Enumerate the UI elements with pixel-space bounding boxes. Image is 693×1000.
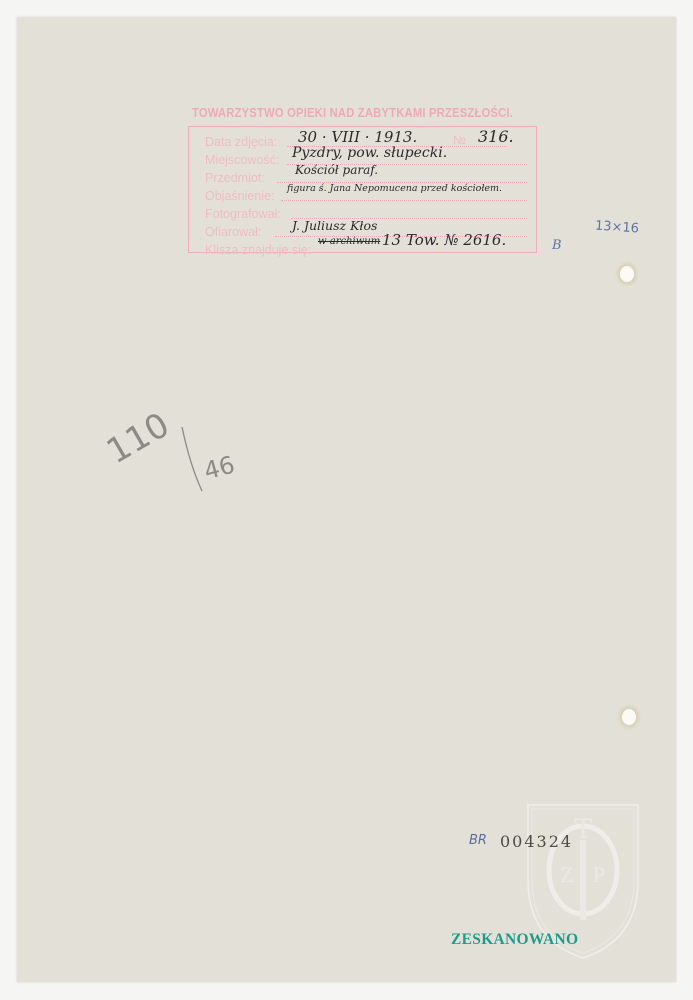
place-value: Pyzdry, pow. słupecki. [292,145,447,161]
field-photographer: Fotografował: [205,203,281,221]
inventory-number: 004324 [500,832,573,851]
punch-hole-bottom [622,709,636,725]
negative-suffix: B [552,238,562,253]
number-value: 316. [478,127,514,146]
donor-value: J. Juliusz Kłos [292,218,377,233]
field-place-label: Miejscowość: [205,153,279,167]
description-value: figura ś. Jana Nepomucena przed kościołe… [287,183,502,194]
punch-hole-top [620,266,634,282]
field-description: Objaśnienie: [205,185,275,203]
field-negative-label: Klisza znajduje się: [205,243,311,257]
field-place: Miejscowość: [205,149,279,167]
inventory-prefix: BR [469,833,487,848]
field-subject: Przedmiot: [205,167,265,185]
stamp-title: TOWARZYSTWO OPIEKI NAD ZABYTKAMI PRZESZŁ… [192,106,513,120]
field-negative: Klisza znajduje się: [205,239,311,257]
field-date: Data zdjęcia: [205,131,277,149]
scanned-stamp: ZESKANOWANO [451,931,578,949]
svg-text:P: P [593,862,605,887]
subject-value: Kościół paraf. [295,163,378,177]
field-donor: Ofiarował: [205,221,261,239]
field-number-label: № [453,133,466,147]
size-note: 13×16 [595,218,640,236]
negative-value: 13 Tow. № 2616. [382,231,506,249]
field-photographer-label: Fotografował: [205,207,281,221]
date-value: 30 · VIII · 1913. [298,128,417,146]
field-description-label: Objaśnienie: [205,189,275,203]
svg-text:Z: Z [560,862,573,887]
field-subject-label: Przedmiot: [205,171,265,185]
field-date-label: Data zdjęcia: [205,135,277,149]
negative-struck-value: w archiwum [318,236,380,247]
field-donor-label: Ofiarował: [205,225,261,239]
